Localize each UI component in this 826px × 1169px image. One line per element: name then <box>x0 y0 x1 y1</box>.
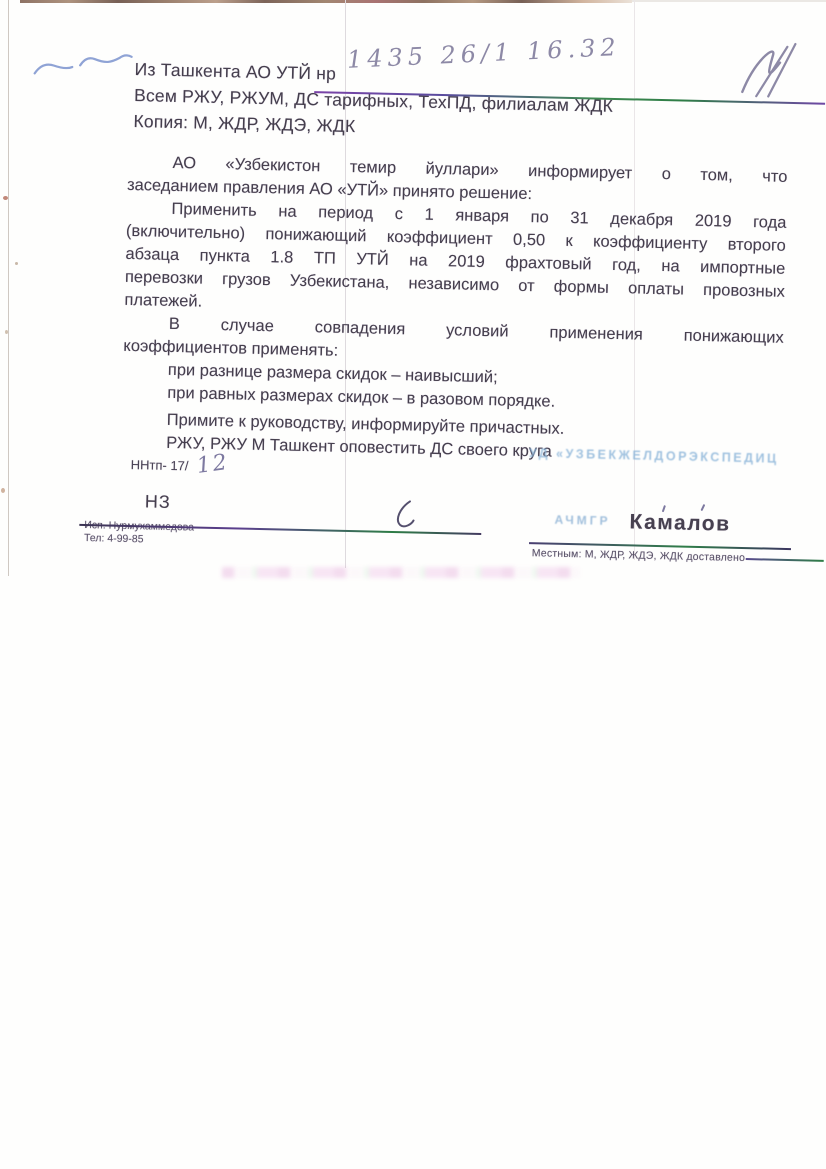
scan-speck <box>5 330 8 334</box>
signature-name-text: Камалов <box>629 510 730 535</box>
signature-paraph <box>732 38 813 102</box>
telegram-header: Из Ташкента АО УТЙ нр 1435 26/1 16.32 Вс… <box>133 56 826 150</box>
document-content: Из Ташкента АО УТЙ нр 1435 26/1 16.32 Вс… <box>76 55 826 612</box>
signature-name: Камалов <box>629 510 731 536</box>
reference-handwritten-number: 12 <box>195 450 230 479</box>
scanned-page: Из Ташкента АО УТЙ нр 1435 26/1 16.32 Вс… <box>0 0 826 1169</box>
scan-speck <box>1 488 5 493</box>
reference-label: ННтп- 17/ <box>131 457 189 473</box>
small-blue-stamp: АЧМГР <box>554 513 610 528</box>
page-left-edge-line <box>8 0 9 576</box>
paragraph-decision: Применить на период с 1 января по 31 дек… <box>124 197 786 327</box>
scan-top-edge-artifact <box>20 0 632 3</box>
scan-speck <box>15 262 18 265</box>
handwritten-pen-mark <box>391 498 418 531</box>
telegram-body: АО «Узбекистон темир йуллари» информируе… <box>121 151 788 469</box>
scan-top-edge-artifact-right <box>632 0 826 2</box>
scan-speck <box>3 196 8 200</box>
